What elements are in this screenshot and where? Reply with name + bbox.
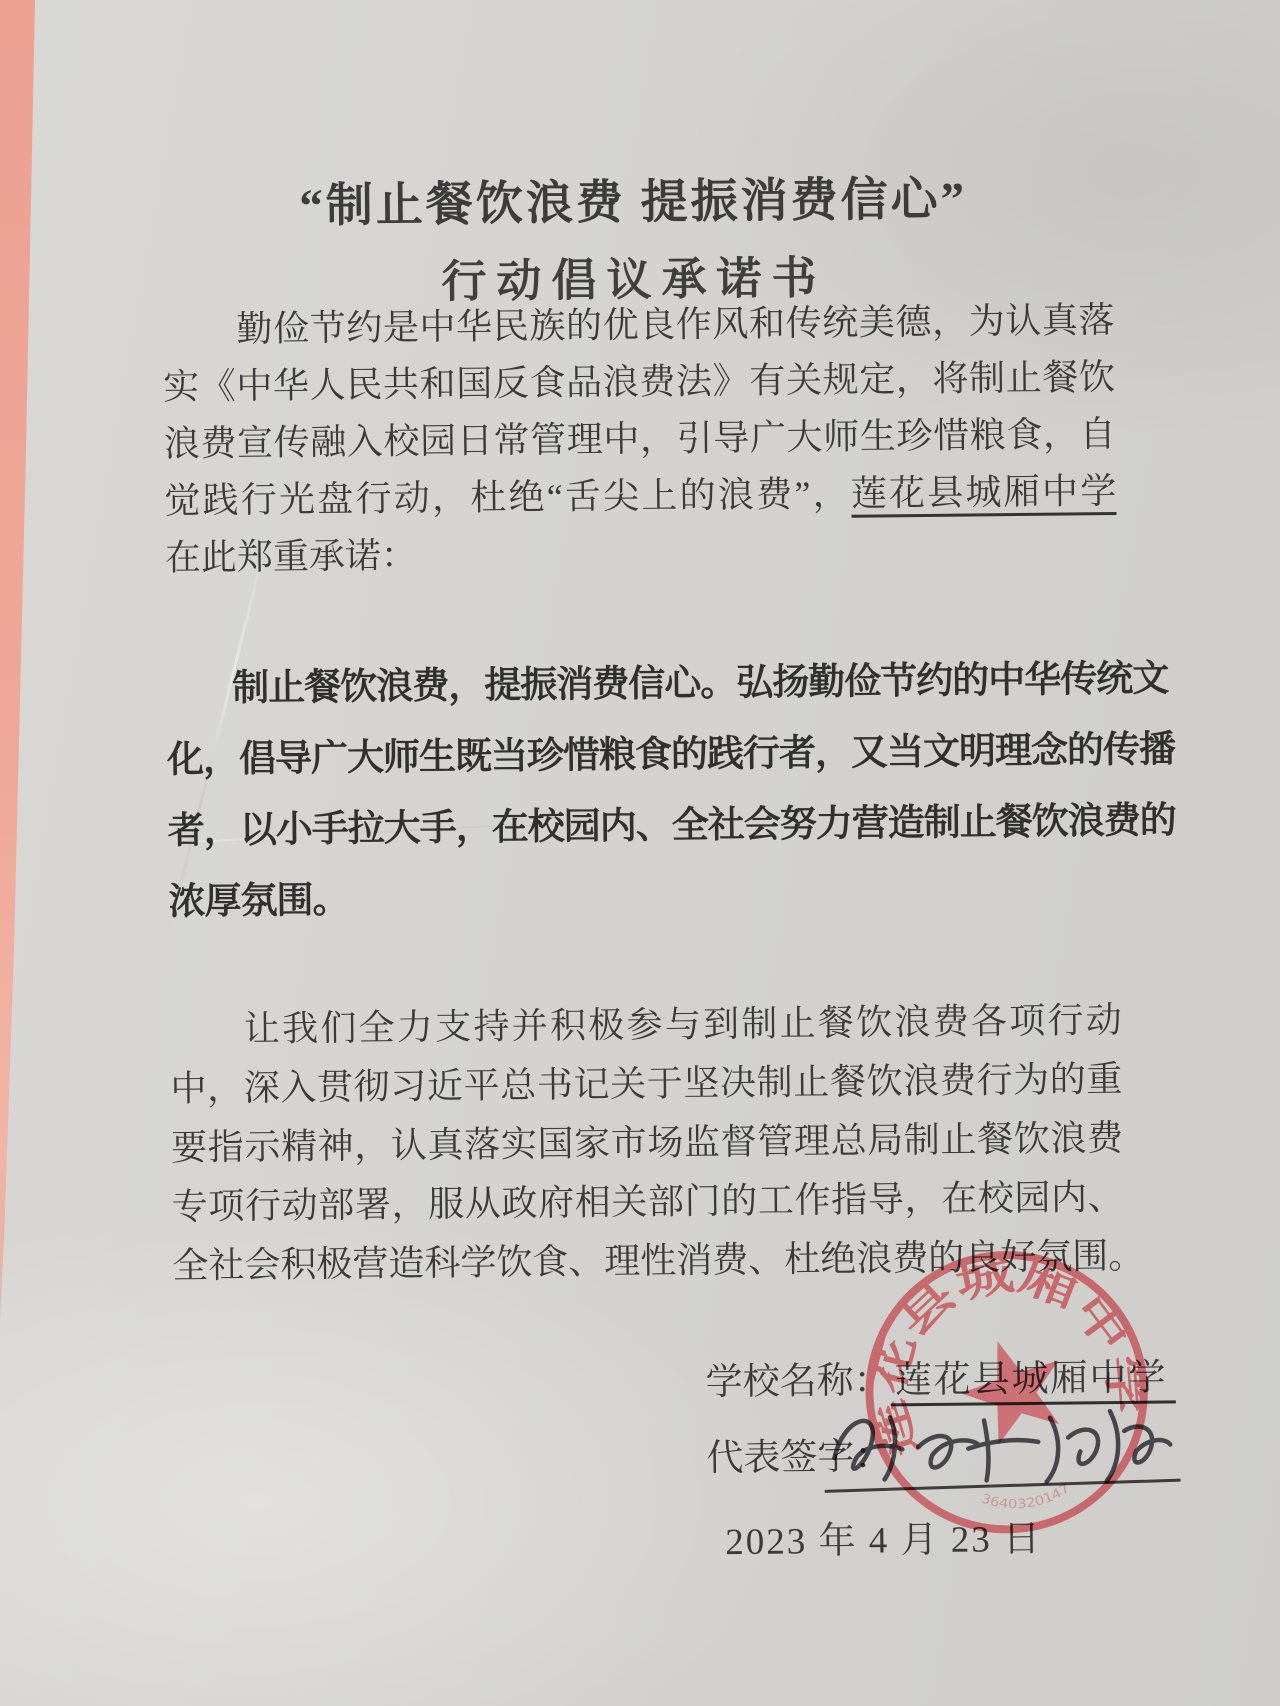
document-photo: “制止餐饮浪费 提振消费信心” 行动倡议承诺书 勤俭节约是中华民族的优良作风和传…: [0, 0, 1280, 1706]
paragraph-pledge-bold: 制止餐饮浪费，提振消费信心。弘扬勤俭节约的中华传统文 化，倡导广大师生既当珍惜粮…: [166, 643, 1121, 937]
text-line: 制止餐饮浪费，提振消费信心。弘扬勤俭节约的中华传统文: [166, 643, 1119, 724]
text-segment: 觉践行光盘行动，杜绝“舌尖上的浪费”，: [164, 474, 851, 521]
text-line: 让我们全力支持并积极参与到制止餐饮浪费各项行动: [170, 991, 1123, 1060]
paragraph-intro: 勤俭节约是中华民族的优良作风和传统美德，为认真落 实《中华人民共和国反食品浪费法…: [162, 292, 1117, 587]
document-title-line1: “制止餐饮浪费 提振消费信心”: [0, 158, 1273, 238]
text-line: 者，以小手拉大手，在校园内、全社会努力营造制止餐饮浪费的: [167, 785, 1120, 866]
text-line: 觉践行光盘行动，杜绝“舌尖上的浪费”，莲花县城厢中学: [164, 463, 1117, 530]
text-line: 在此郑重承诺：: [165, 520, 1118, 587]
text-line: 浓厚氛围。: [168, 856, 1121, 937]
text-line: 勤俭节约是中华民族的优良作风和传统美德，为认真落: [162, 292, 1115, 359]
text-line: 化，倡导广大师生既当珍惜粮食的践行者，又当文明理念的传播: [167, 714, 1120, 795]
letter-content: “制止餐饮浪费 提振消费信心” 行动倡议承诺书 勤俭节约是中华民族的优良作风和传…: [0, 0, 1280, 1706]
text-line: 要指示精神，认真落实国家市场监督管理总局制止餐饮浪费: [171, 1109, 1124, 1178]
text-line: 浪费宣传融入校园日常管理中，引导广大师生珍惜粮食，自: [163, 406, 1116, 473]
handwritten-signature: [806, 1392, 1197, 1501]
school-name-underlined: 莲花县城厢中学: [851, 471, 1117, 518]
text-line: 实《中华人民共和国反食品浪费法》有关规定，将制止餐饮: [163, 349, 1116, 416]
text-line: 专项行动部署，服从政府相关部门的工作指导，在校园内、: [171, 1168, 1124, 1237]
text-line: 中，深入贯彻习近平总书记关于坚决制止餐饮浪费行为的重: [170, 1050, 1123, 1119]
